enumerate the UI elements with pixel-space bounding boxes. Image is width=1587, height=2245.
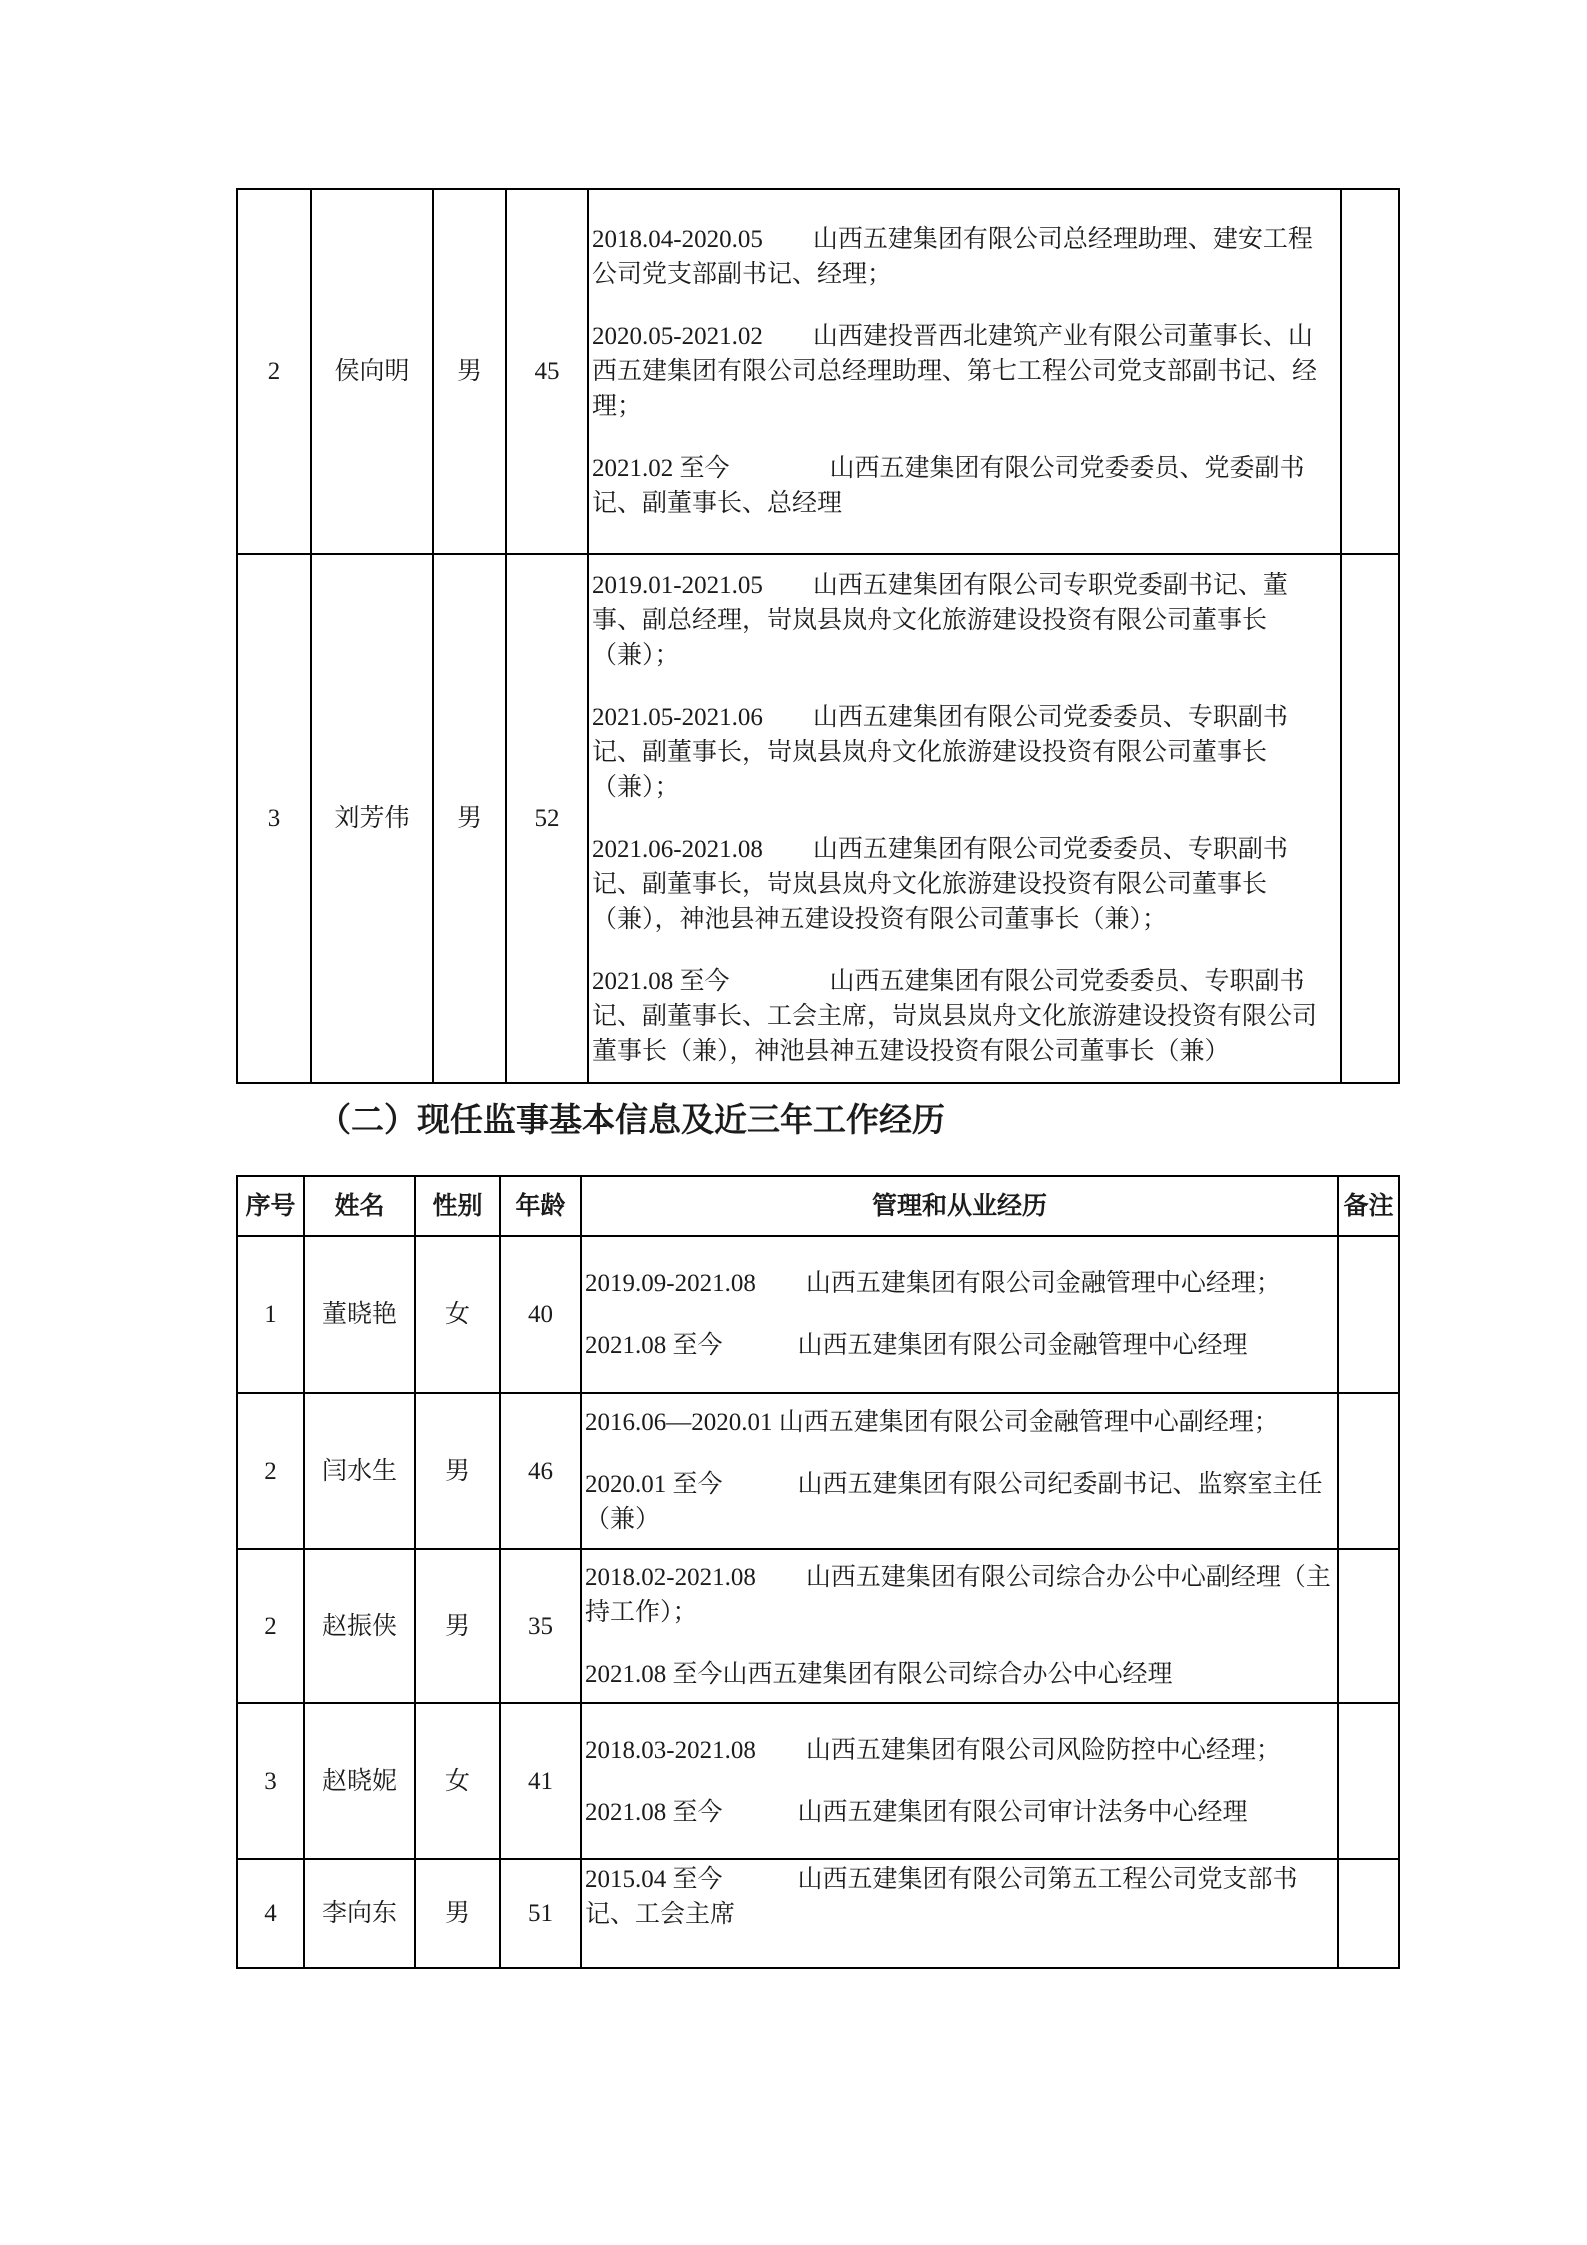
gender-cell: 女: [415, 1703, 500, 1859]
header-name: 姓名: [304, 1176, 415, 1236]
name-cell: 侯向明: [311, 189, 433, 554]
gender-cell: 男: [415, 1859, 500, 1968]
header-experience: 管理和从业经历: [581, 1176, 1338, 1236]
experience-cell: 2018.04-2020.05 山西五建集团有限公司总经理助理、建安工程公司党支…: [588, 189, 1341, 554]
experience-paragraph: 2018.04-2020.05 山西五建集团有限公司总经理助理、建安工程公司党支…: [592, 222, 1337, 292]
remark-cell: [1338, 1393, 1399, 1549]
section-heading: （二）现任监事基本信息及近三年工作经历: [318, 1098, 945, 1144]
table-row: 2 赵振侠 男 35 2018.02-2021.08 山西五建集团有限公司综合办…: [237, 1549, 1399, 1703]
experience-paragraph: 2016.06—2020.01 山西五建集团有限公司金融管理中心副经理；: [585, 1405, 1334, 1440]
header-serial: 序号: [237, 1176, 304, 1236]
experience-paragraph: 2020.05-2021.02 山西建投晋西北建筑产业有限公司董事长、山西五建集…: [592, 319, 1337, 424]
supervisors-experience-table: 序号 姓名 性别 年龄 管理和从业经历 备注 1 董晓艳 女 40 2019.0…: [236, 1175, 1400, 1969]
gender-cell: 男: [415, 1393, 500, 1549]
age-cell: 46: [500, 1393, 581, 1549]
experience-paragraph: 2015.04 至今 山西五建集团有限公司第五工程公司党支部书记、工会主席: [585, 1862, 1334, 1932]
experience-paragraph: 2019.01-2021.05 山西五建集团有限公司专职党委副书记、董事、副总经…: [592, 568, 1337, 673]
header-age: 年龄: [500, 1176, 581, 1236]
table-row: 2 侯向明 男 45 2018.04-2020.05 山西五建集团有限公司总经理…: [237, 189, 1399, 554]
experience-paragraph: 2021.08 至今 山西五建集团有限公司金融管理中心经理: [585, 1328, 1334, 1363]
name-cell: 李向东: [304, 1859, 415, 1968]
gender-cell: 女: [415, 1236, 500, 1393]
serial-cell: 2: [237, 1393, 304, 1549]
age-cell: 41: [500, 1703, 581, 1859]
age-cell: 52: [506, 554, 588, 1083]
experience-paragraph: 2019.09-2021.08 山西五建集团有限公司金融管理中心经理；: [585, 1266, 1334, 1301]
remark-cell: [1338, 1859, 1399, 1968]
name-cell: 赵振侠: [304, 1549, 415, 1703]
header-gender: 性别: [415, 1176, 500, 1236]
remark-cell: [1338, 1236, 1399, 1393]
table-row: 3 刘芳伟 男 52 2019.01-2021.05 山西五建集团有限公司专职党…: [237, 554, 1399, 1083]
name-cell: 赵晓妮: [304, 1703, 415, 1859]
name-cell: 刘芳伟: [311, 554, 433, 1083]
experience-cell: 2015.04 至今 山西五建集团有限公司第五工程公司党支部书记、工会主席: [581, 1859, 1338, 1968]
experience-paragraph: 2021.08 至今 山西五建集团有限公司党委委员、专职副书记、副董事长、工会主…: [592, 964, 1337, 1069]
experience-paragraph: 2021.05-2021.06 山西五建集团有限公司党委委员、专职副书记、副董事…: [592, 700, 1337, 805]
experience-cell: 2016.06—2020.01 山西五建集团有限公司金融管理中心副经理； 202…: [581, 1393, 1338, 1549]
remark-cell: [1338, 1703, 1399, 1859]
gender-cell: 男: [415, 1549, 500, 1703]
experience-paragraph: 2021.08 至今山西五建集团有限公司综合办公中心经理: [585, 1657, 1334, 1692]
serial-cell: 3: [237, 1703, 304, 1859]
name-cell: 闫水生: [304, 1393, 415, 1549]
table-row: 3 赵晓妮 女 41 2018.03-2021.08 山西五建集团有限公司风险防…: [237, 1703, 1399, 1859]
serial-cell: 2: [237, 189, 311, 554]
experience-paragraph: 2021.02 至今 山西五建集团有限公司党委委员、党委副书记、副董事长、总经理: [592, 451, 1337, 521]
experience-paragraph: 2018.03-2021.08 山西五建集团有限公司风险防控中心经理；: [585, 1733, 1334, 1768]
experience-paragraph: 2018.02-2021.08 山西五建集团有限公司综合办公中心副经理（主持工作…: [585, 1560, 1334, 1630]
experience-paragraph: 2021.08 至今 山西五建集团有限公司审计法务中心经理: [585, 1795, 1334, 1830]
experience-cell: 2019.01-2021.05 山西五建集团有限公司专职党委副书记、董事、副总经…: [588, 554, 1341, 1083]
serial-cell: 1: [237, 1236, 304, 1393]
header-remark: 备注: [1338, 1176, 1399, 1236]
experience-paragraph: 2020.01 至今 山西五建集团有限公司纪委副书记、监察室主任（兼）: [585, 1467, 1334, 1537]
remark-cell: [1338, 1549, 1399, 1703]
serial-cell: 4: [237, 1859, 304, 1968]
remark-cell: [1341, 554, 1399, 1083]
gender-cell: 男: [433, 189, 506, 554]
table-row: 1 董晓艳 女 40 2019.09-2021.08 山西五建集团有限公司金融管…: [237, 1236, 1399, 1393]
document-page: 2 侯向明 男 45 2018.04-2020.05 山西五建集团有限公司总经理…: [0, 0, 1587, 2245]
name-cell: 董晓艳: [304, 1236, 415, 1393]
age-cell: 45: [506, 189, 588, 554]
experience-cell: 2019.09-2021.08 山西五建集团有限公司金融管理中心经理； 2021…: [581, 1236, 1338, 1393]
experience-paragraph: 2021.06-2021.08 山西五建集团有限公司党委委员、专职副书记、副董事…: [592, 832, 1337, 937]
experience-cell: 2018.02-2021.08 山西五建集团有限公司综合办公中心副经理（主持工作…: [581, 1549, 1338, 1703]
table-row: 2 闫水生 男 46 2016.06—2020.01 山西五建集团有限公司金融管…: [237, 1393, 1399, 1549]
gender-cell: 男: [433, 554, 506, 1083]
table-header-row: 序号 姓名 性别 年龄 管理和从业经历 备注: [237, 1176, 1399, 1236]
experience-cell: 2018.03-2021.08 山西五建集团有限公司风险防控中心经理； 2021…: [581, 1703, 1338, 1859]
age-cell: 35: [500, 1549, 581, 1703]
serial-cell: 2: [237, 1549, 304, 1703]
directors-experience-table: 2 侯向明 男 45 2018.04-2020.05 山西五建集团有限公司总经理…: [236, 188, 1400, 1084]
age-cell: 40: [500, 1236, 581, 1393]
serial-cell: 3: [237, 554, 311, 1083]
remark-cell: [1341, 189, 1399, 554]
age-cell: 51: [500, 1859, 581, 1968]
table-row: 4 李向东 男 51 2015.04 至今 山西五建集团有限公司第五工程公司党支…: [237, 1859, 1399, 1968]
